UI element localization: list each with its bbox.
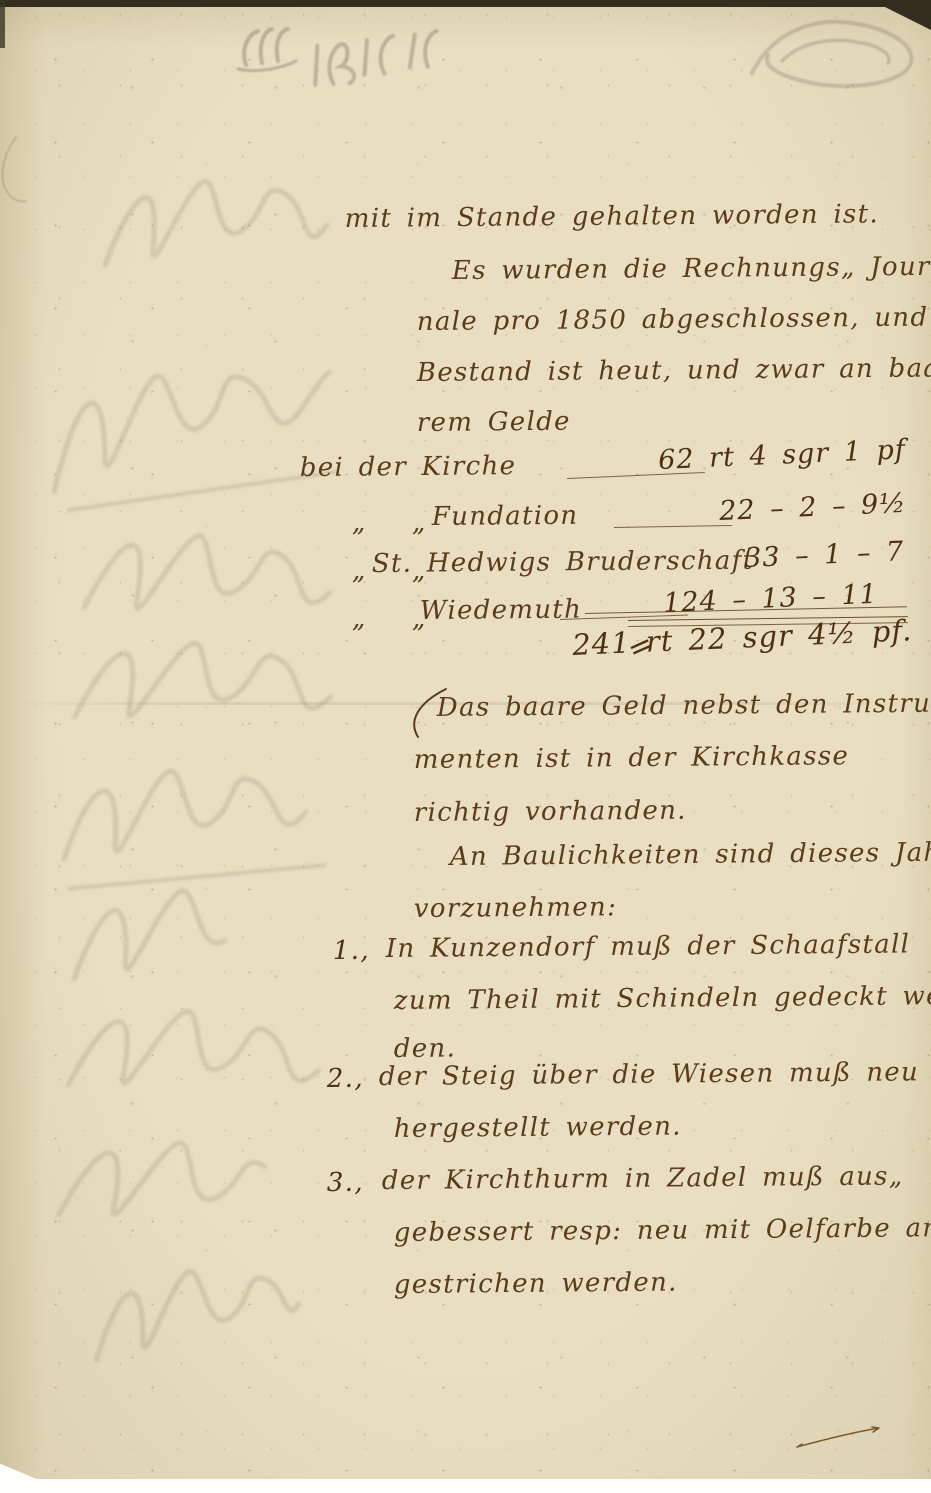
account-row-label: Fundation [432, 500, 579, 533]
document-scan: { "colors": { "paper": "#e9dec1", "ink":… [0, 0, 931, 1493]
account-row-dash [614, 525, 732, 528]
manuscript-line: zum Theil mit Schindeln gedeckt wer„ [394, 980, 931, 1017]
ditto-mark: „ [352, 555, 367, 587]
pencil-mark-smudge [232, 21, 302, 80]
manuscript-line: gebessert resp: neu mit Oelfarbe an„ [394, 1212, 931, 1249]
ditto-mark: „ [352, 507, 367, 539]
account-row-label: St. Hedwigs Bruderschaft [372, 545, 755, 580]
manuscript-line: In Kunzendorf muß der Schaafstall [386, 928, 911, 965]
ditto-mark: „ [412, 507, 427, 539]
bleed-through-ghost-writing [32, 322, 349, 526]
paper-fiber-thread [0, 135, 30, 211]
item-number: 2., [327, 1063, 364, 1095]
scan-top-edge [0, 0, 931, 7]
manuscript-line: richtig vorhanden. [414, 795, 687, 829]
manuscript-line: gestrichen werden. [394, 1267, 678, 1301]
bleed-through-ghost-writing [49, 745, 341, 1003]
scan-bottom-margin [0, 1477, 931, 1493]
bleed-through-ghost-writing [95, 155, 335, 289]
ditto-mark: „ [352, 603, 367, 635]
manuscript-line: hergestellt werden. [394, 1110, 682, 1145]
manuscript-line: mit im Stande gehalten worden ist. [345, 198, 879, 235]
account-row-amount: 124 – 13 – 11 [663, 579, 879, 620]
manuscript-line: Es wurden die Rechnungs„ Jour„ [452, 251, 931, 287]
account-row-amount: 62 rt 4 sgr 1 pf [658, 434, 907, 477]
manuscript-line: der Kirchthurm in Zadel muß aus„ [382, 1160, 904, 1197]
ink-stroke-mark [793, 1423, 885, 1455]
item-number: 1., [333, 935, 370, 967]
manuscript-page: mit im Stande gehalten worden ist. Es wu… [0, 7, 931, 1479]
account-row-amount: 22 – 2 – 9½ [718, 488, 906, 528]
manuscript-line: rem Gelde [417, 406, 571, 439]
manuscript-line: An Baulichkeiten sind dieses Jahr [450, 837, 931, 873]
manuscript-line: vorzunehmen: [414, 891, 618, 925]
pencil-mark-numbers-ghost [296, 18, 453, 100]
bleed-through-ghost-writing [62, 517, 378, 771]
manuscript-line: nale pro 1850 abgeschlossen, und der [417, 301, 931, 338]
item-number: 3., [327, 1167, 364, 1199]
account-row-amount: 33 – 1 – 7 [744, 536, 905, 575]
sum-amount: 241 rt 22 sgr 4½ pf. [571, 614, 912, 661]
bleed-through-ghost-writing [44, 984, 366, 1273]
account-row-label: Wiedemuth [420, 594, 583, 627]
bleed-through-ghost-writing [80, 1238, 311, 1391]
pencil-signature-ghost [742, 13, 922, 99]
manuscript-line: Bestand ist heut, und zwar an baa„ [417, 352, 931, 389]
account-row-label: bei der Kirche [300, 450, 517, 484]
manuscript-line: der Steig über die Wiesen muß neu [379, 1056, 919, 1093]
manuscript-line: Das baare Geld nebst den Instru„ [437, 688, 931, 724]
manuscript-line: menten ist in der Kirchkasse [414, 740, 850, 776]
scan-left-edge-sliver [0, 0, 5, 48]
